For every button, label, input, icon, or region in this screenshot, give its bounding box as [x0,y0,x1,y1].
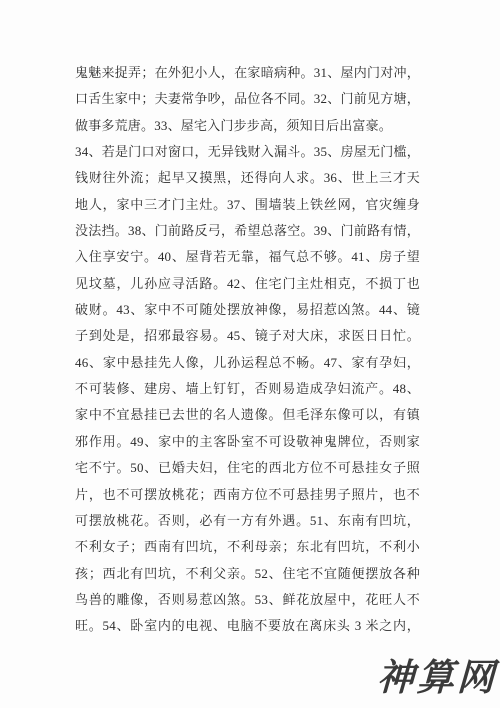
text-line: 口舌生家中；夫妻常争吵，品位各不同。32、门前见方塘， [75,86,420,112]
text-line: 宅不宁。50、已婚夫妇，住宅的西北方位不可悬挂女子照 [75,455,420,481]
text-line: 鸟兽的雕像，否则易惹凶煞。53、鲜花放屋中，花旺人不 [75,587,420,613]
document-page: 鬼魅来捉弄；在外犯小人，在家暗病种。31、屋内门对冲， 口舌生家中；夫妻常争吵，… [0,0,500,708]
text-line: 地人，家中三才门主灶。37、围墙装上铁丝网，官灾缠身 [75,192,420,218]
text-line: 钱财往外流；起早又摸黑，还得向人求。36、世上三才天 [75,165,420,191]
watermark-logo: 神算网 [376,659,497,696]
text-line: 见坟墓，儿孙应寻活路。42、住宅门主灶相克，不损丁也 [75,271,420,297]
text-line: 34、若是门口对窗口，无异钱财入漏斗。35、房屋无门槛， [75,139,420,165]
text-line: 家中不宜悬挂已去世的名人遗像。但毛泽东像可以，有镇 [75,402,420,428]
text-line: 子到处是，招邪最容易。45、镜子对大床，求医日日忙。 [75,323,420,349]
text-line: 46、家中悬挂先人像，儿孙运程总不畅。47、家有孕妇， [75,350,420,376]
text-line: 没法挡。38、门前路反弓，希望总落空。39、门前路有情， [75,218,420,244]
text-line: 邪作用。49、家中的主客卧室不可设敬神鬼牌位，否则家 [75,429,420,455]
text-line: 旺。54、卧室内的电视、电脑不要放在离床头 3 米之内， [75,613,420,639]
text-line: 做事多荒唐。33、屋宅入门步步高，须知日后出富豪。 [75,113,420,139]
text-line: 入住享安宁。40、屋背若无靠，福气总不够。41、房子望 [75,244,420,270]
text-line: 可摆放桃花。否则，必有一方有外遇。51、东南有凹坑， [75,508,420,534]
text-content: 鬼魅来捉弄；在外犯小人，在家暗病种。31、屋内门对冲， 口舌生家中；夫妻常争吵，… [75,60,420,640]
text-line: 孩；西北有凹坑，不利父亲。52、住宅不宜随便摆放各种 [75,561,420,587]
text-line: 片，也不可摆放桃花；西南方位不可悬挂男子照片，也不 [75,482,420,508]
text-line: 破财。43、家中不可随处摆放神像，易招惹凶煞。44、镜 [75,297,420,323]
text-line: 不利女子；西南有凹坑，不利母亲；东北有凹坑，不利小 [75,534,420,560]
text-line: 不可装修、建房、墙上钉钉，否则易造成孕妇流产。48、 [75,376,420,402]
text-line: 鬼魅来捉弄；在外犯小人，在家暗病种。31、屋内门对冲， [75,60,420,86]
